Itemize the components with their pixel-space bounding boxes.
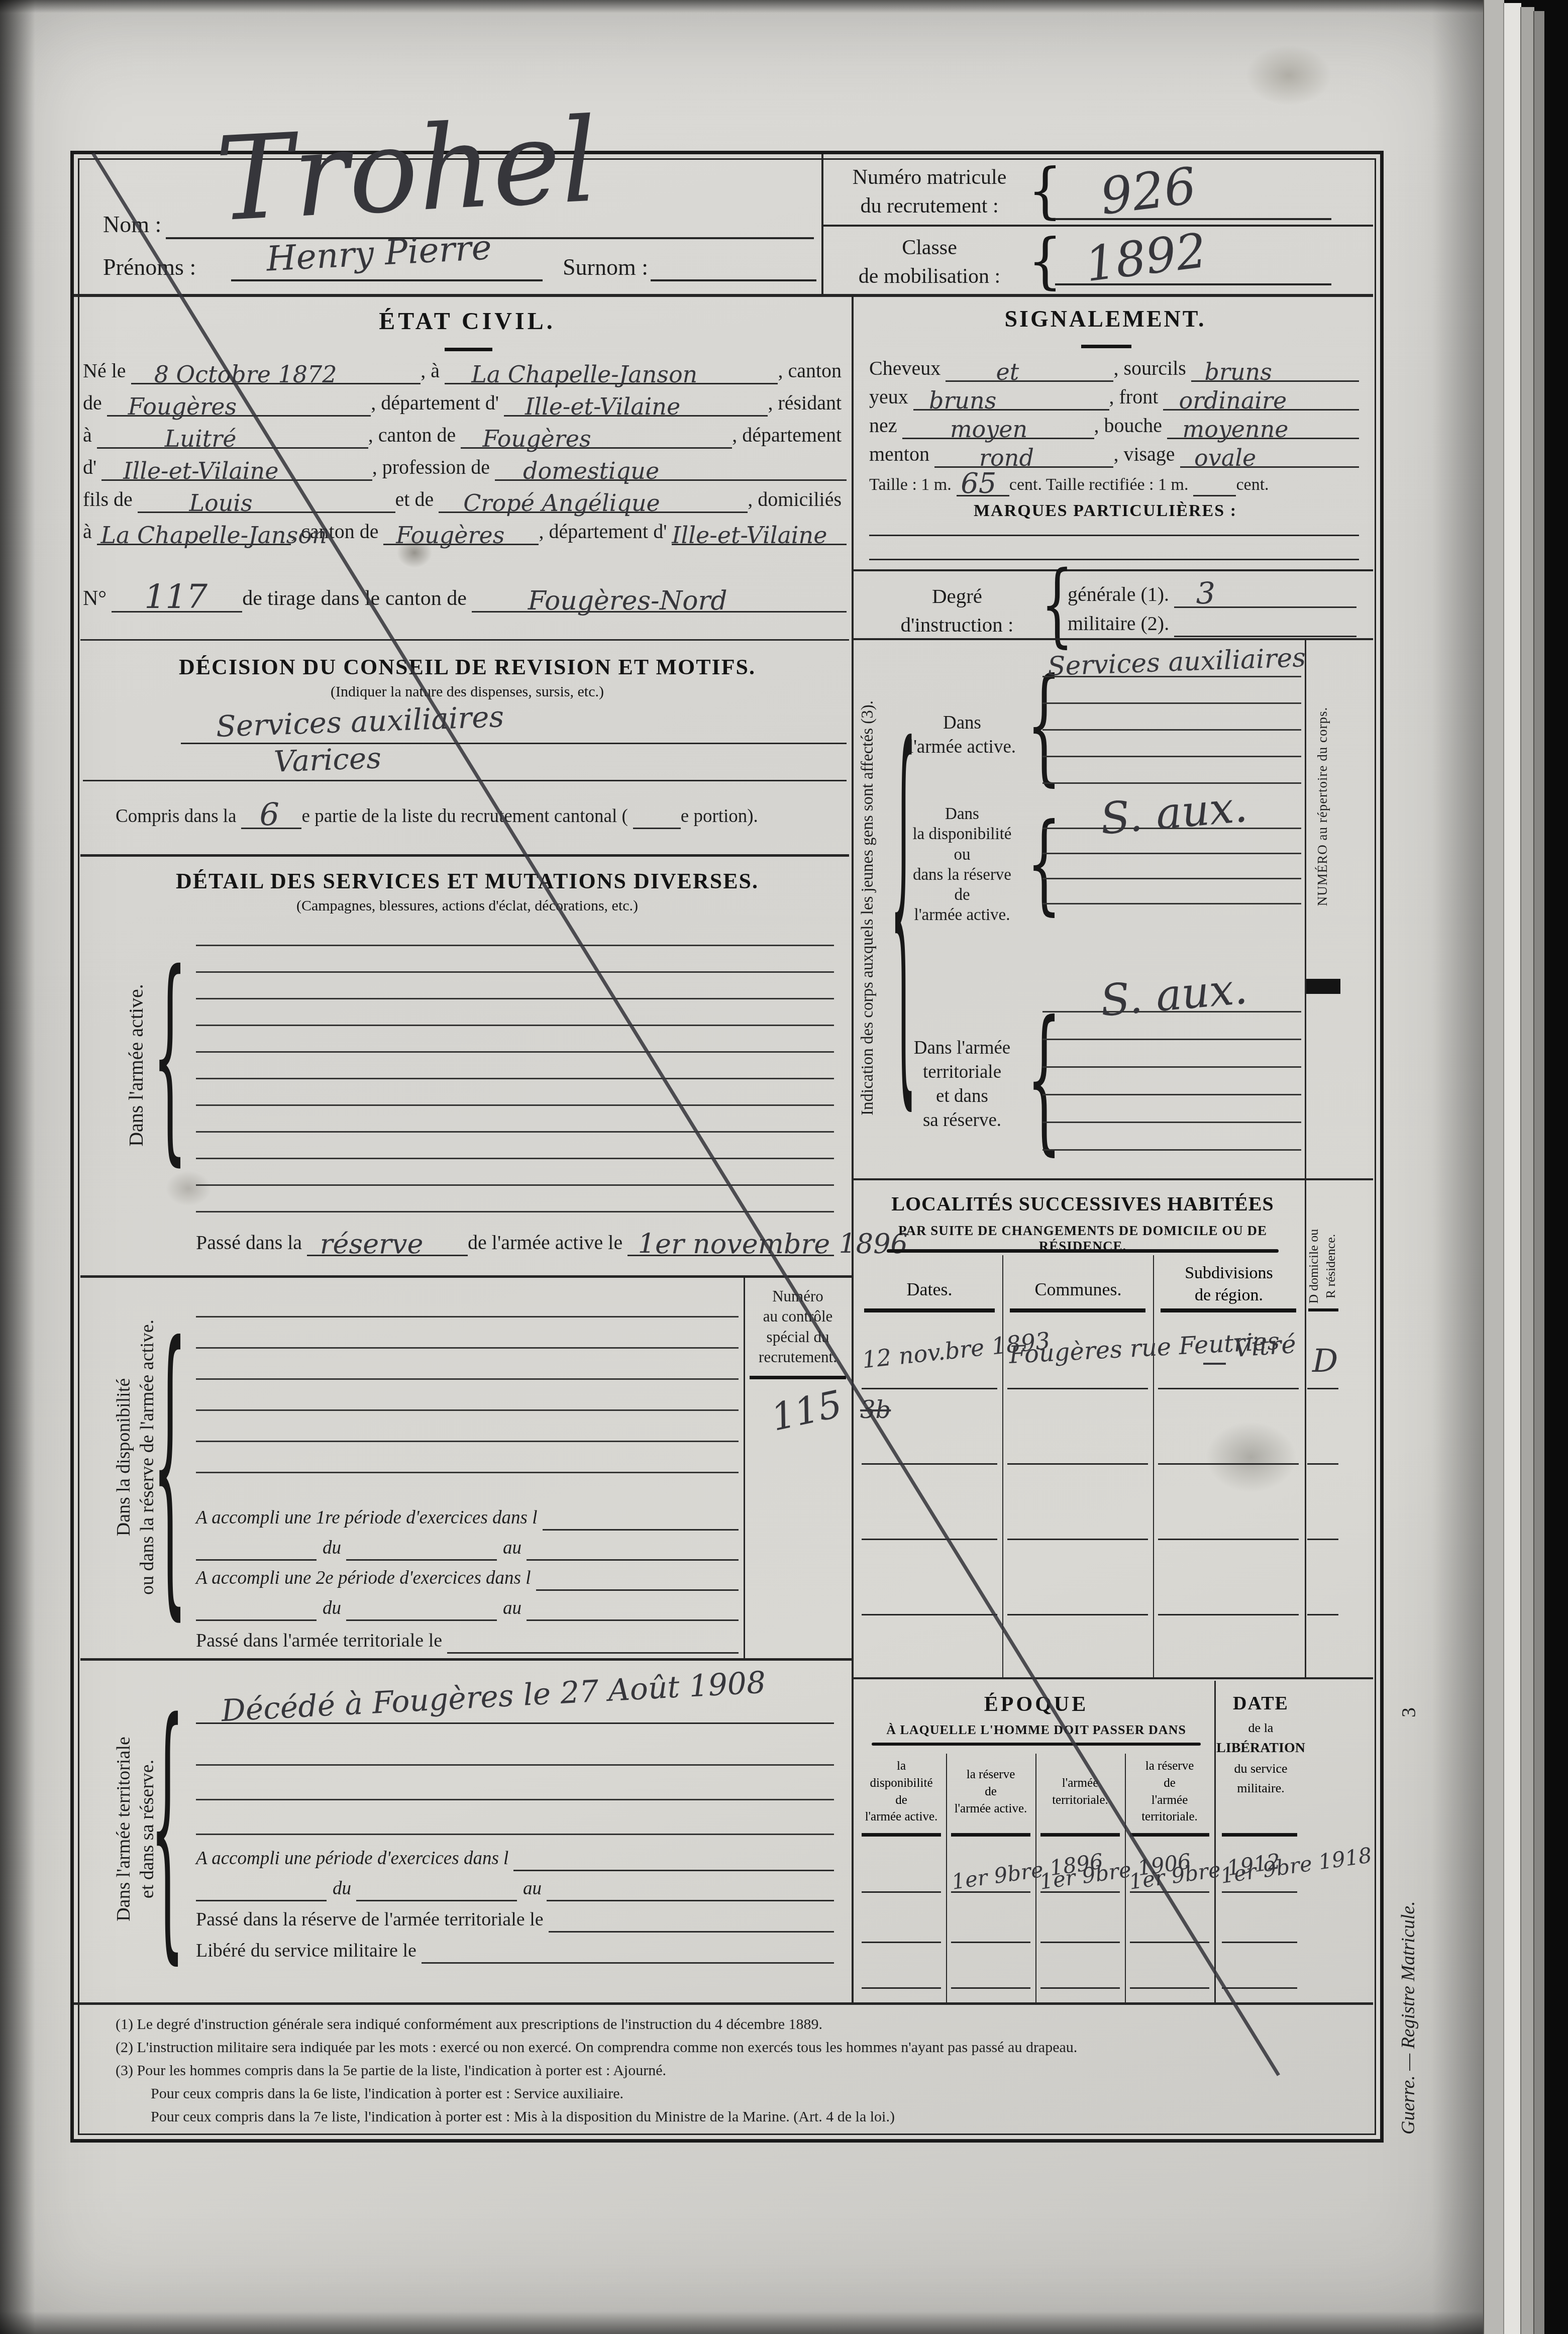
page-scan: Trohel Nom : Prénoms : Henry Pierre Surn… — [0, 0, 1568, 2334]
diagonal-pen-stroke — [0, 0, 1568, 2334]
scanned-military-register-page: { "document": { "nom_label": "Nom :", "n… — [0, 0, 1568, 2334]
